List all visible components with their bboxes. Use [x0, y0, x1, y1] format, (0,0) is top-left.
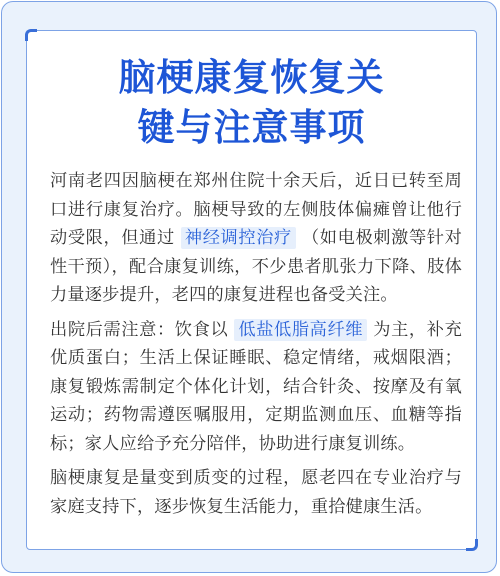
highlight-diet: 低盐低脂高纤维	[234, 319, 367, 341]
article-body: 河南老四因脑梗在郑州住院十余天后，近日已转至周口进行康复治疗。脑梗导致的左侧肢体…	[50, 167, 462, 527]
page-title: 脑梗康复恢复关 键与注意事项	[27, 53, 476, 153]
corner-accent-top-left	[25, 29, 37, 41]
title-line-2: 键与注意事项	[27, 103, 476, 153]
highlight-neuromodulation: 神经调控治疗	[181, 227, 296, 249]
content-card: 脑梗康复恢复关 键与注意事项 河南老四因脑梗在郑州住院十余天后，近日已转至周口进…	[26, 30, 477, 550]
outer-frame: 脑梗康复恢复关 键与注意事项 河南老四因脑梗在郑州住院十余天后，近日已转至周口进…	[1, 1, 497, 573]
corner-accent-bottom-right	[466, 539, 478, 551]
paragraph-2: 出院后需注意：饮食以 低盐低脂高纤维 为主，补充优质蛋白；生活上保证睡眠、稳定情…	[50, 316, 462, 459]
paragraph-3: 脑梗康复是量变到质变的过程，愿老四在专业治疗与家庭支持下，逐步恢复生活能力，重拾…	[50, 464, 462, 521]
paragraph-2-text-a: 出院后需注意：饮食以	[50, 320, 228, 340]
paragraph-1: 河南老四因脑梗在郑州住院十余天后，近日已转至周口进行康复治疗。脑梗导致的左侧肢体…	[50, 167, 462, 310]
title-line-1: 脑梗康复恢复关	[27, 53, 476, 103]
